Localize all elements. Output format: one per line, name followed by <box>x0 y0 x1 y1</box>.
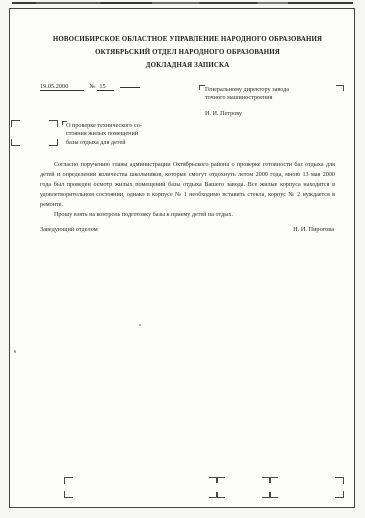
fold-mark-top-1 <box>209 477 225 484</box>
addressee-line1: Генеральному директору завода <box>205 86 333 94</box>
org-name-line2: ОКТЯБРЬСКИЙ ОТДЕЛ НАРОДНОГО ОБРАЗОВАНИЯ <box>15 46 360 59</box>
body-paragraph-1: Согласно поручению главы администрации О… <box>40 161 335 211</box>
addressee-line2: точного машиностроения <box>205 94 333 102</box>
subject-zone-mark-br <box>49 139 58 146</box>
bottom-zone-mark-tl <box>64 477 73 484</box>
letterhead: НОВОСИБИРСКОЕ ОБЛАСТНОЕ УПРАВЛЕНИЕ НАРОД… <box>15 33 360 73</box>
org-name-line1: НОВОСИБИРСКОЕ ОБЛАСТНОЕ УПРАВЛЕНИЕ НАРОД… <box>15 33 360 46</box>
body-text: Согласно поручению главы администрации О… <box>40 161 335 220</box>
signature-position: Заведующий отделом <box>40 226 98 233</box>
signature-row: Заведующий отделом Н. И. Пирогова <box>40 226 334 233</box>
scan-artifact-line <box>12 2 353 4</box>
scan-speck <box>139 324 141 326</box>
fold-mark-bottom-2 <box>262 491 278 498</box>
addressee-block: Генеральному директору завода точного ма… <box>205 86 333 118</box>
body-paragraph-2: Прошу взять на контроль подготовку базы … <box>40 211 335 221</box>
addressee-corner-mark-right <box>336 85 344 91</box>
bottom-zone-mark-br <box>335 491 344 498</box>
addressee-name: И. И. Петрову <box>205 110 333 118</box>
document-date: 19.05.2000 <box>40 83 84 91</box>
subject-zone-mark-tr <box>49 120 58 127</box>
bottom-zone-mark-tr <box>335 477 344 484</box>
scan-speck <box>14 350 16 353</box>
subject-zone-mark-bl <box>11 139 20 146</box>
signature-name: Н. И. Пирогова <box>293 226 334 233</box>
scanned-memo-page: НОВОСИБИРСКОЕ ОБЛАСТНОЕ УПРАВЛЕНИЕ НАРОД… <box>0 0 365 518</box>
bottom-zone-mark-bl <box>64 491 73 498</box>
number-sign: № <box>89 83 95 90</box>
subject-block: О проверке технического со- стояния жилы… <box>66 122 178 147</box>
document-number: 15 <box>97 83 113 91</box>
subject-line2: стояния жилых помещений <box>66 130 178 138</box>
document-type-title: ДОКЛАДНАЯ ЗАПИСКА <box>15 59 360 72</box>
fold-mark-top-2 <box>262 477 278 484</box>
fold-mark-bottom-1 <box>209 491 225 498</box>
subject-line1: О проверке технического со- <box>66 122 178 130</box>
subject-zone-mark-tl <box>11 120 20 127</box>
subject-line3: базы отдыха для детей <box>66 139 178 147</box>
blank-underline <box>120 80 140 88</box>
date-number-line: 19.05.2000№15 <box>40 80 140 89</box>
